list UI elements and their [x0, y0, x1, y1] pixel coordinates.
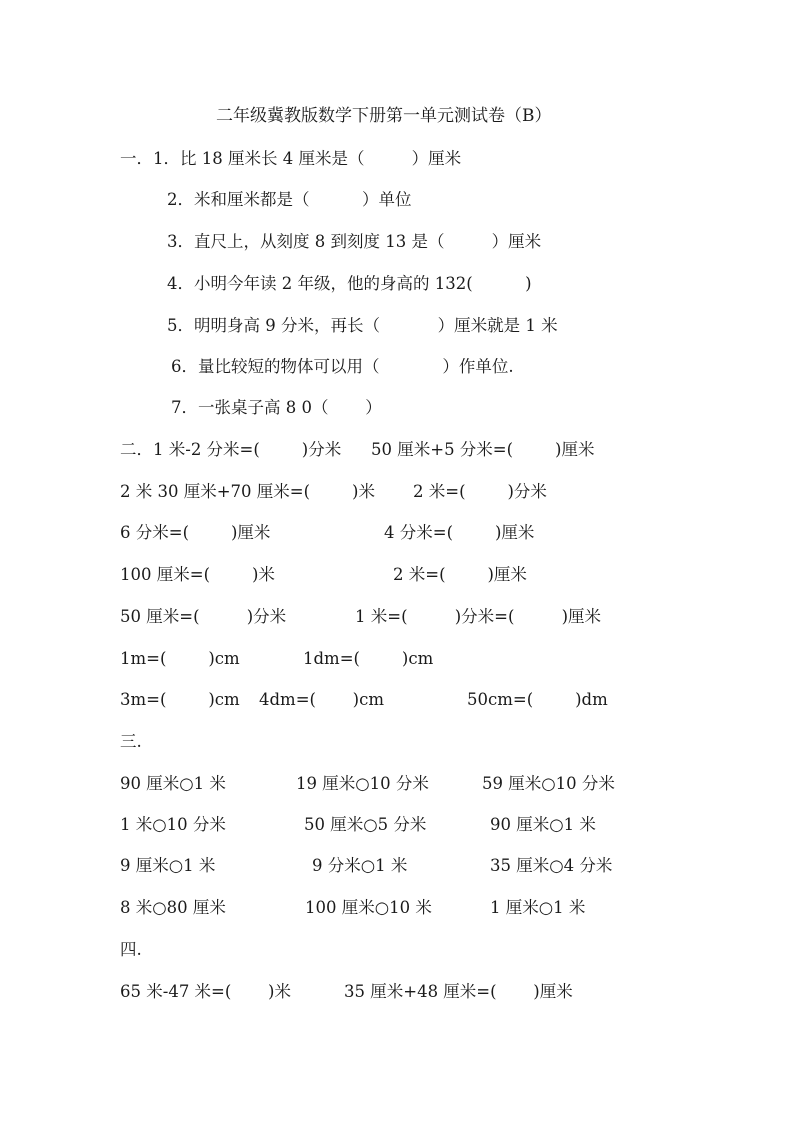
comparison-item: 50 厘米○5 分米 — [304, 815, 426, 835]
page-title: 二年级冀教版数学下册第一单元测试卷（B） — [216, 106, 552, 126]
question-1-5: 5．明明身高 9 分米，再长（ ）厘米就是 1 米 — [167, 316, 558, 336]
conversion-item: 50 厘米=( )分米 — [120, 607, 286, 627]
comparison-item: 100 厘米○10 米 — [305, 898, 432, 918]
section-label: 三. — [120, 732, 142, 752]
question-1-4: 4．小明今年读 2 年级，他的身高的 132( ) — [167, 274, 532, 294]
question-1-7: 7．一张桌子高 8 0（ ） — [171, 398, 382, 418]
comparison-item: 35 厘米○4 分米 — [490, 856, 612, 876]
calculation-item: 65 米-47 米=( )米 — [120, 982, 291, 1002]
conversion-item: 2 米=( )分米 — [413, 482, 547, 502]
question-1-3: 3．直尺上，从刻度 8 到刻度 13 是（ ）厘米 — [167, 232, 541, 252]
section-label: 四. — [120, 940, 142, 960]
comparison-item: 90 厘米○1 米 — [120, 774, 226, 794]
conversion-item: 2 米 30 厘米+70 厘米=( )米 — [120, 482, 375, 502]
conversion-item: 4dm=( )cm — [259, 690, 384, 710]
comparison-item: 9 分米○1 米 — [312, 856, 407, 876]
comparison-item: 9 厘米○1 米 — [120, 856, 215, 876]
comparison-item: 59 厘米○10 分米 — [482, 774, 615, 794]
conversion-item: 4 分米=( )厘米 — [384, 523, 534, 543]
conversion-item: 1m=( )cm — [120, 649, 240, 669]
comparison-item: 1 米○10 分米 — [120, 815, 226, 835]
question-1-6: 6．量比较短的物体可以用（ ）作单位. — [171, 357, 514, 377]
conversion-item: 二．1 米-2 分米=( )分米 — [120, 440, 341, 460]
comparison-item: 8 米○80 厘米 — [120, 898, 226, 918]
question-1-1: 一．1．比 18 厘米长 4 厘米是（ ）厘米 — [120, 149, 461, 169]
conversion-item: 50cm=( )dm — [467, 690, 608, 710]
conversion-item: 3m=( )cm — [120, 690, 240, 710]
conversion-item: 1 米=( )分米=( )厘米 — [355, 607, 601, 627]
conversion-item: 50 厘米+5 分米=( )厘米 — [371, 440, 594, 460]
conversion-item: 6 分米=( )厘米 — [120, 523, 270, 543]
comparison-item: 90 厘米○1 米 — [490, 815, 596, 835]
conversion-item: 1dm=( )cm — [303, 649, 433, 669]
calculation-item: 35 厘米+48 厘米=( )厘米 — [344, 982, 573, 1002]
conversion-item: 2 米=( )厘米 — [393, 565, 527, 585]
comparison-item: 19 厘米○10 分米 — [296, 774, 429, 794]
comparison-item: 1 厘米○1 米 — [490, 898, 585, 918]
conversion-item: 100 厘米=( )米 — [120, 565, 275, 585]
question-1-2: 2．米和厘米都是（ ）单位 — [167, 190, 411, 210]
